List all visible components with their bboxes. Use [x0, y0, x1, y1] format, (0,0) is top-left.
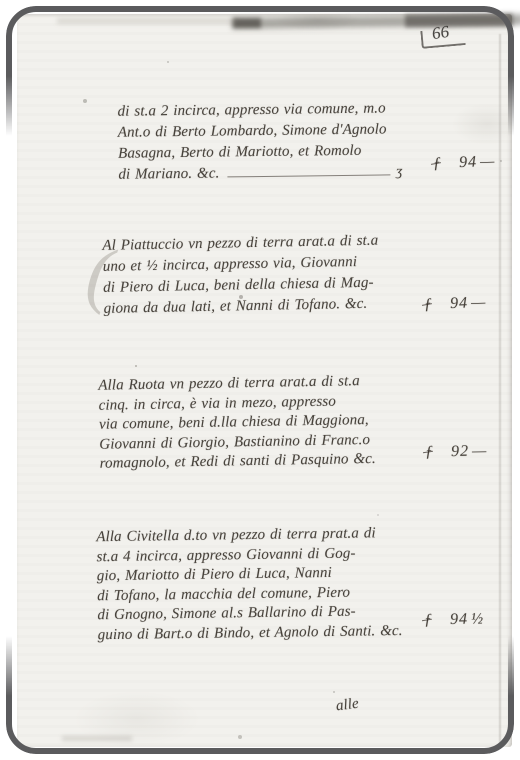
folio-number: 66 [431, 22, 451, 44]
entry-line-text: di Mariano. &c. [118, 163, 219, 185]
florin-symbol: ƒ [425, 443, 433, 461]
entry-amount: ƒ 92 — [425, 442, 487, 461]
entry-amount: ƒ 94 — [424, 294, 486, 314]
amount-tail: ½ [471, 610, 483, 628]
amount-tail: — [471, 294, 486, 312]
page-fold-line [499, 34, 501, 746]
entry-line: Basagna, Berto di Mariotto, et Romolo [118, 140, 402, 164]
amount-tail: — [472, 442, 487, 460]
register-entry: Alla Civitella d.to vn pezzo di terra pr… [96, 524, 416, 645]
entry-line: romagnolo, et Redi di santi di Pasquino … [100, 449, 412, 474]
page-edge-smudge [405, 14, 513, 28]
amount-value: 94 [459, 154, 478, 173]
amount-tail: — [480, 153, 495, 171]
register-entry: Alla Ruota vn pezzo di terra arat.a di s… [98, 371, 412, 474]
entry-amount: ƒ 94 ½ [424, 610, 484, 629]
page-edge-smudge [232, 14, 520, 29]
fill-end-mark: ʒ [396, 161, 403, 182]
page-edge-smudge [62, 736, 132, 741]
ruled-fill-line [227, 174, 390, 177]
manuscript-scan: 66 ( di st.a 2 incirca, appresso via com… [0, 0, 520, 760]
entry-line: giona da dua lati, et Nanni di Tofano. &… [103, 293, 405, 320]
entry-line: di Mariano. &c. ʒ [118, 161, 402, 185]
catchword: alle [335, 696, 360, 716]
page-edge-smudge [233, 18, 261, 28]
florin-symbol: ƒ [424, 611, 432, 629]
register-entry: Al Piattuccio vn pezzo di terra arat.a d… [102, 230, 406, 320]
entry-amount: ƒ 94 — [433, 153, 495, 173]
paper-specks [17, 14, 19, 16]
manuscript-paper: 66 ( di st.a 2 incirca, appresso via com… [17, 14, 512, 747]
entry-line: guino di Bart.o di Bindo, et Agnolo di S… [98, 621, 416, 645]
page-edge-smudge [57, 18, 237, 24]
register-entry: di st.a 2 incirca, appresso via comune, … [117, 98, 402, 185]
florin-symbol: ƒ [424, 296, 433, 314]
amount-value: 94 [450, 295, 469, 314]
amount-value: 94 [450, 611, 468, 629]
florin-symbol: ƒ [433, 155, 442, 173]
amount-value: 92 [451, 443, 469, 461]
